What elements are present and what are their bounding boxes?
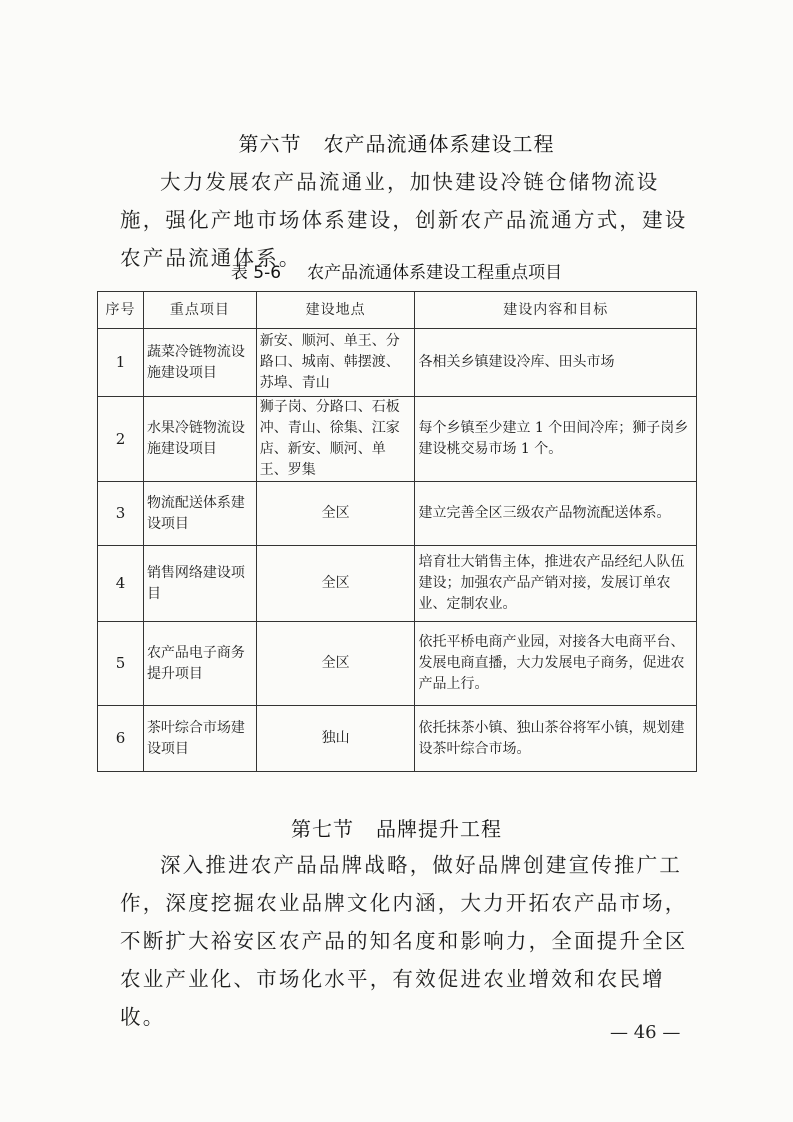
table-row: 2 水果冷链物流设施建设项目 狮子岗、分路口、石板冲、青山、徐集、江家店、新安、… [98,397,697,482]
cell-project: 农产品电子商务提升项目 [143,622,256,706]
table-row: 5 农产品电子商务提升项目 全区 依托平桥电商产业园，对接各大电商平台、发展电商… [98,622,697,706]
cell-content: 各相关乡镇建设冷库、田头市场 [415,329,697,397]
table-row: 3 物流配送体系建设项目 全区 建立完善全区三级农产品物流配送体系。 [98,482,697,546]
cell-project: 茶叶综合市场建设项目 [143,706,256,772]
cell-project: 蔬菜冷链物流设施建设项目 [143,329,256,397]
table-row: 1 蔬菜冷链物流设施建设项目 新安、顺河、单王、分路口、城南、韩摆渡、苏埠、青山… [98,329,697,397]
cell-location: 全区 [256,546,415,622]
cell-no: 1 [98,329,144,397]
section7-paragraph: 深入推进农产品品牌战略，做好品牌创建宣传推广工作，深度挖掘农业品牌文化内涵，大力… [120,846,690,1036]
section6-title: 农产品流通体系建设工程 [324,132,555,156]
cell-location: 全区 [256,622,415,706]
table-caption-title: 农产品流通体系建设工程重点项目 [307,263,562,283]
section6-heading: 第六节农产品流通体系建设工程 [0,128,793,157]
cell-project: 水果冷链物流设施建设项目 [143,397,256,482]
header-location: 建设地点 [256,292,415,329]
cell-no: 5 [98,622,144,706]
cell-location: 新安、顺河、单王、分路口、城南、韩摆渡、苏埠、青山 [256,329,415,397]
cell-content: 每个乡镇至少建立 1 个田间冷库；狮子岗乡建设桃交易市场 1 个。 [415,397,697,482]
cell-no: 4 [98,546,144,622]
cell-content: 培育壮大销售主体，推进农产品经纪人队伍建设；加强农产品产销对接，发展订单农业、定… [415,546,697,622]
section7-heading: 第七节品牌提升工程 [0,813,793,842]
section7-title: 品牌提升工程 [376,817,502,841]
cell-content: 建立完善全区三级农产品物流配送体系。 [415,482,697,546]
cell-location: 狮子岗、分路口、石板冲、青山、徐集、江家店、新安、顺河、单王、罗集 [256,397,415,482]
table-row: 4 销售网络建设项目 全区 培育壮大销售主体，推进农产品经纪人队伍建设；加强农产… [98,546,697,622]
header-project: 重点项目 [143,292,256,329]
cell-content: 依托抹茶小镇、独山茶谷将军小镇，规划建设茶叶综合市场。 [415,706,697,772]
table-row: 6 茶叶综合市场建设项目 独山 依托抹茶小镇、独山茶谷将军小镇，规划建设茶叶综合… [98,706,697,772]
section6-number: 第六节 [239,132,302,156]
header-content: 建设内容和目标 [415,292,697,329]
header-no: 序号 [98,292,144,329]
cell-project: 销售网络建设项目 [143,546,256,622]
table-header-row: 序号 重点项目 建设地点 建设内容和目标 [98,292,697,329]
table-caption-number: 表 5-6 [231,263,281,283]
section7-number: 第七节 [291,817,354,841]
projects-table: 序号 重点项目 建设地点 建设内容和目标 1 蔬菜冷链物流设施建设项目 新安、顺… [97,291,697,772]
page-number: — 46 — [610,1022,680,1043]
cell-location: 独山 [256,706,415,772]
cell-location: 全区 [256,482,415,546]
cell-project: 物流配送体系建设项目 [143,482,256,546]
cell-content: 依托平桥电商产业园，对接各大电商平台、发展电商直播，大力发展电子商务，促进农产品… [415,622,697,706]
cell-no: 3 [98,482,144,546]
cell-no: 6 [98,706,144,772]
cell-no: 2 [98,397,144,482]
table-caption: 表 5-6农产品流通体系建设工程重点项目 [0,258,793,283]
